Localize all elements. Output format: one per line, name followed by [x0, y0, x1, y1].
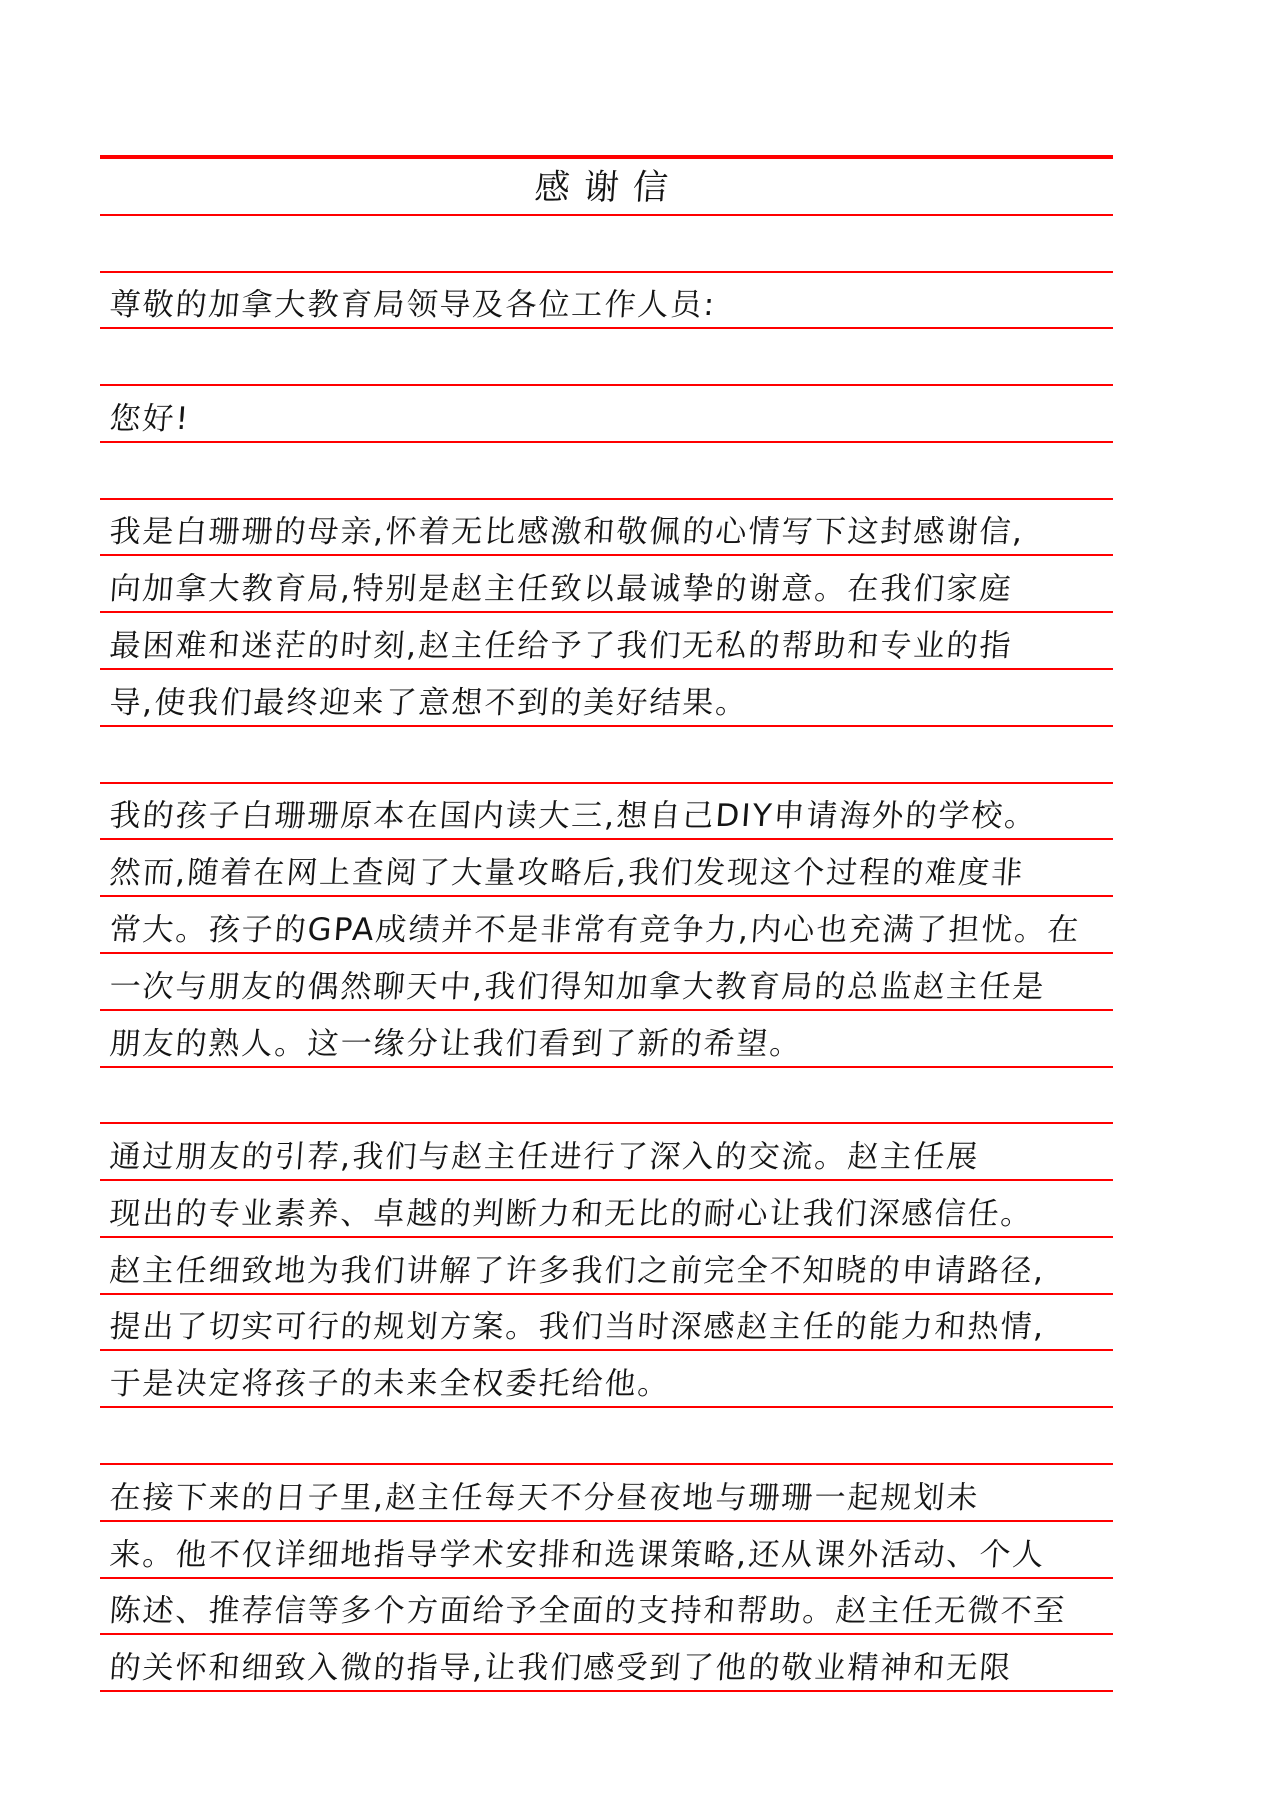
- handwritten-line: 的关怀和细致入微的指导,让我们感受到了他的敬业精神和无限: [100, 1653, 1013, 1690]
- ruled-row: 然而,随着在网上查阅了大量攻略后,我们发现这个过程的难度非: [100, 840, 1113, 897]
- ruled-row: 朋友的熟人。这一缘分让我们看到了新的希望。: [100, 1011, 1113, 1068]
- handwritten-line: 向加拿大教育局,特别是赵主任致以最诚挚的谢意。在我们家庭: [100, 574, 1013, 611]
- ruled-row: 我是白珊珊的母亲,怀着无比感激和敬佩的心情写下这封感谢信,: [100, 500, 1113, 557]
- ruled-row: 于是决定将孩子的未来全权委托给他。: [100, 1351, 1113, 1408]
- ruled-row: 感谢信: [100, 159, 1113, 216]
- ruled-row: 向加拿大教育局,特别是赵主任致以最诚挚的谢意。在我们家庭: [100, 556, 1113, 613]
- letter-page: 感谢信尊敬的加拿大教育局领导及各位工作人员:您好!我是白珊珊的母亲,怀着无比感激…: [0, 0, 1280, 1810]
- ruled-row: 在接下来的日子里,赵主任每天不分昼夜地与珊珊一起规划未: [100, 1465, 1113, 1522]
- handwritten-line: 朋友的熟人。这一缘分让我们看到了新的希望。: [100, 1029, 804, 1066]
- ruled-row: 通过朋友的引荐,我们与赵主任进行了深入的交流。赵主任展: [100, 1124, 1113, 1181]
- ruled-row: 来。他不仅详细地指导学术安排和选课策略,还从课外活动、个人: [100, 1522, 1113, 1579]
- handwritten-line: 最困难和迷茫的时刻,赵主任给予了我们无私的帮助和专业的指: [100, 631, 1013, 668]
- ruled-row: 尊敬的加拿大教育局领导及各位工作人员:: [100, 273, 1113, 330]
- handwritten-line: 尊敬的加拿大教育局领导及各位工作人员:: [100, 290, 717, 327]
- ruled-row: 最困难和迷茫的时刻,赵主任给予了我们无私的帮助和专业的指: [100, 613, 1113, 670]
- handwritten-line: 通过朋友的引荐,我们与赵主任进行了深入的交流。赵主任展: [100, 1142, 980, 1179]
- handwritten-line: 我的孩子白珊珊原本在国内读大三,想自己DIY申请海外的学校。: [100, 801, 1038, 838]
- handwritten-line: 我是白珊珊的母亲,怀着无比感激和敬佩的心情写下这封感谢信,: [100, 517, 1025, 554]
- handwritten-line: 然而,随着在网上查阅了大量攻略后,我们发现这个过程的难度非: [100, 858, 1025, 895]
- handwritten-line: 赵主任细致地为我们讲解了许多我们之前完全不知晓的申请路径,: [100, 1256, 1046, 1293]
- handwritten-line: 提出了切实可行的规划方案。我们当时深感赵主任的能力和热情,: [100, 1312, 1046, 1349]
- handwritten-line: 在接下来的日子里,赵主任每天不分昼夜地与珊珊一起规划未: [100, 1483, 980, 1520]
- ruled-row: 一次与朋友的偶然聊天中,我们得知加拿大教育局的总监赵主任是: [100, 954, 1113, 1011]
- handwritten-line: 常大。孩子的GPA成绩并不是非常有竞争力,内心也充满了担忧。在: [100, 915, 1081, 952]
- handwritten-line: 来。他不仅详细地指导学术安排和选课策略,还从课外活动、个人: [100, 1540, 1046, 1577]
- handwritten-line: 导,使我们最终迎来了意想不到的美好结果。: [100, 688, 749, 725]
- ruled-row: 赵主任细致地为我们讲解了许多我们之前完全不知晓的申请路径,: [100, 1238, 1113, 1295]
- ruled-row: 常大。孩子的GPA成绩并不是非常有竞争力,内心也充满了担忧。在: [100, 897, 1113, 954]
- ruled-row: [100, 443, 1113, 500]
- ruled-row: [100, 216, 1113, 273]
- ruled-row: 我的孩子白珊珊原本在国内读大三,想自己DIY申请海外的学校。: [100, 784, 1113, 841]
- handwritten-line: 于是决定将孩子的未来全权委托给他。: [100, 1369, 672, 1406]
- handwritten-line: 您好!: [100, 404, 191, 441]
- ruled-row: [100, 1068, 1113, 1125]
- ruled-row: 导,使我们最终迎来了意想不到的美好结果。: [100, 670, 1113, 727]
- ruled-row: 现出的专业素养、卓越的判断力和无比的耐心让我们深感信任。: [100, 1181, 1113, 1238]
- letter-title: 感谢信: [533, 171, 683, 214]
- handwritten-line: 现出的专业素养、卓越的判断力和无比的耐心让我们深感信任。: [100, 1199, 1035, 1236]
- handwritten-line: 一次与朋友的偶然聊天中,我们得知加拿大教育局的总监赵主任是: [100, 972, 1046, 1009]
- ruled-row: [100, 329, 1113, 386]
- ruled-row: [100, 727, 1113, 784]
- ruled-row: 您好!: [100, 386, 1113, 443]
- ruled-sheet: 感谢信尊敬的加拿大教育局领导及各位工作人员:您好!我是白珊珊的母亲,怀着无比感激…: [100, 155, 1113, 1692]
- ruled-row: 的关怀和细致入微的指导,让我们感受到了他的敬业精神和无限: [100, 1635, 1113, 1692]
- ruled-row: 陈述、推荐信等多个方面给予全面的支持和帮助。赵主任无微不至: [100, 1579, 1113, 1636]
- ruled-row: [100, 1408, 1113, 1465]
- handwritten-line: 陈述、推荐信等多个方面给予全面的支持和帮助。赵主任无微不至: [100, 1596, 1068, 1633]
- ruled-row: 提出了切实可行的规划方案。我们当时深感赵主任的能力和热情,: [100, 1295, 1113, 1352]
